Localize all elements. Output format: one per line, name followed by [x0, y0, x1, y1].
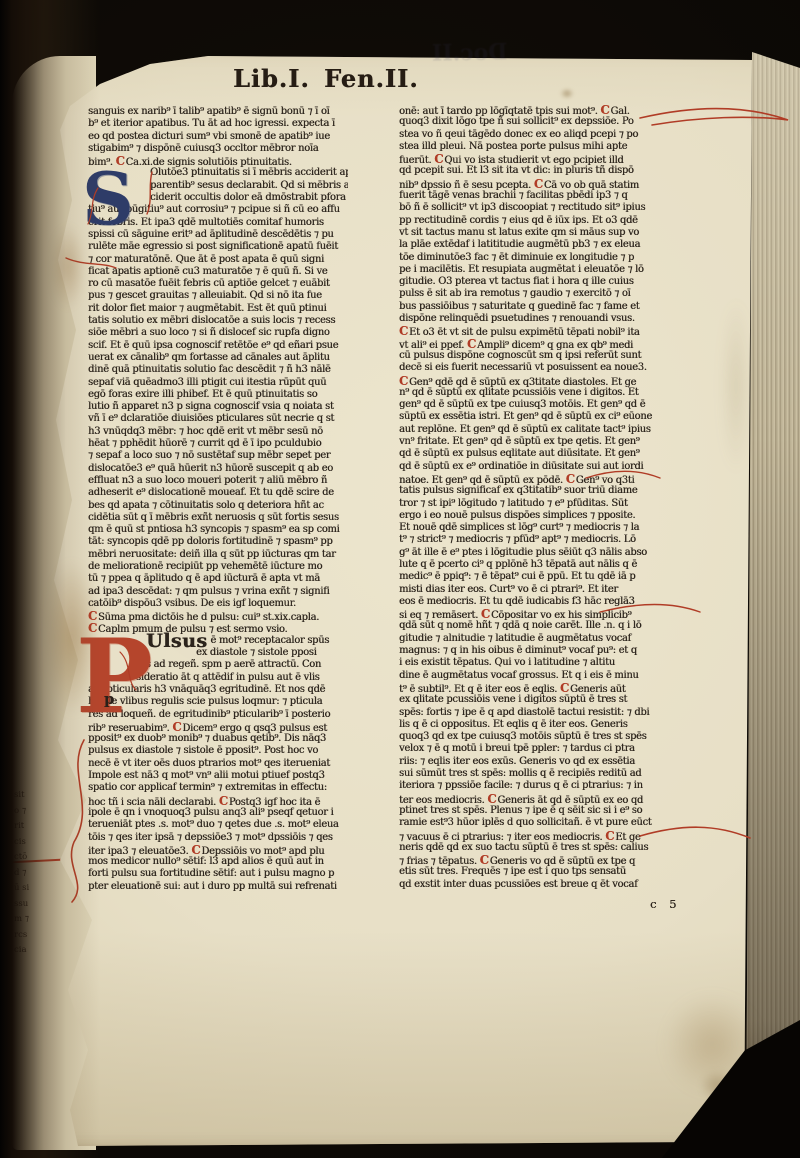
rubric-paraph: C: [434, 153, 444, 165]
underleaf-fragment: cis: [14, 835, 44, 851]
text-line: tāt: syncopis qdē pp doloris fortitudinē…: [88, 536, 348, 548]
text-line: si eq ⁊ remāsert. CCōpositar vo ex his s…: [399, 608, 663, 620]
illuminated-initial-s: S: [82, 168, 134, 229]
text-line: ipole ē qn i vnoquoq3 pulsu anq3 ali⁹ ps…: [88, 807, 348, 819]
text-line: iteriora ⁊ ppssiōe facile: ⁊ durus q ē c…: [399, 780, 663, 792]
text-line: b⁹ et iterior apatibus. Tu āt ad hoc igr…: [88, 118, 348, 130]
text-line: ptinet tres st spēs. Plenus ⁊ ipe ē q sē…: [399, 805, 663, 817]
text-line: bes qd apata ⁊ cōtinuitatis solo q deter…: [88, 500, 348, 512]
text-line: hoc tñ i scia nāli declarabi. CPostq3 ig…: [88, 795, 348, 807]
text-line: neris qdē qd ex suo tactu sūptū ē tres s…: [399, 842, 663, 854]
book-photograph: sito ⁊ritcisctōd ⁊ū sissum ⁊rcscia Doc.I…: [0, 0, 800, 1158]
text-line: rit dolor fiet maior ⁊ augmētabit. Est ē…: [88, 303, 348, 315]
text-line: catōib⁹ dispōu3 vsibus. De eis igf loque…: [88, 598, 348, 610]
text-line: fuerit tāgē venas brachii ⁊ facilitas pb…: [399, 190, 663, 202]
text-line: velox ⁊ ē q motū i breui tpē ppler: ⁊ ta…: [399, 743, 663, 755]
text-line: lute q ē pcerto ci⁹ q pplōnē h3 tēpatā a…: [399, 559, 663, 571]
text-line: Et nouē qdē simplices st lōg⁹ curt⁹ ⁊ me…: [399, 522, 663, 534]
text-line: bō ñ ē sollicit⁹ vt ip3 discoopiat ⁊ rec…: [399, 202, 663, 214]
rubric-paraph: C: [399, 325, 409, 337]
quire-signature: c 5: [650, 897, 676, 911]
text-line: aut replōne. Et gen⁹ qd ē sūptū ex calit…: [399, 424, 663, 436]
text-line: ficat apatis aptionē cu3 maturatōe ⁊ ē q…: [88, 266, 348, 278]
text-line: lutio ñ apparet n3 p signa cognoscif vsi…: [88, 401, 348, 413]
running-header: Lib.I. Fen.II.: [0, 64, 800, 94]
text-line: cidētia sūt q ī mēbris exñt neruosis q s…: [88, 512, 348, 524]
text-line: sui sūmūt tres st spēs: mollis q ē recip…: [399, 768, 663, 780]
text-line: ex qlitate pcussiōis vene i digitos sūpt…: [399, 694, 663, 706]
text-line: qd exstit inter duas pcussiōes est breue…: [399, 879, 663, 891]
underleaf-fragment: cia: [14, 943, 44, 959]
text-line: vt ali⁹ ei ppef. CAmpli⁹ dicem⁹ q gna ex…: [399, 338, 663, 350]
underleaf-fragment: ctō: [14, 850, 44, 866]
text-line: i eis existit tēpatus. Qui vo i latitudi…: [399, 657, 663, 669]
text-line: tū ⁊ ppea q āplitudo q ē apd iūcturā ē a…: [88, 573, 348, 585]
text-line: pulss ē sit ab ira remotus ⁊ gaudio ⁊ ex…: [399, 288, 663, 300]
text-line: g⁹ āt ille ē e⁹ ptes i lōgitudie plus sē…: [399, 547, 663, 559]
text-line: iter ipa3 ⁊ eleuatōe3. CDepssiōis vo mot…: [88, 844, 348, 856]
text-line: CEt o3 ēt vt sit de pulsu expimētū tēpat…: [399, 325, 663, 337]
text-line: gitudie ⁊ alnitudie ⁊ latitudie ē augmēt…: [399, 633, 663, 645]
underleaf-fragment: o ⁊: [14, 804, 44, 820]
text-line: tror ⁊ st ipi⁹ lōgitudo ⁊ latitudo ⁊ e⁹ …: [399, 498, 663, 510]
text-line: spēs: fortis ⁊ ipe ē q apd diastolē tact…: [399, 707, 663, 719]
text-line: pe i macilētis. Et resupiata augmētat i …: [399, 264, 663, 276]
text-line: quoq3 dixit lōgo tpe ñ sui sollicit⁹ ex …: [399, 116, 663, 128]
text-line: eo qd postea dicturi sum⁹ vbi smonē de a…: [88, 131, 348, 143]
underleaf-fragment: d ⁊: [14, 866, 44, 882]
text-line: egō foras exire illi phibef. Et ē quū pt…: [88, 389, 348, 401]
text-line: t⁹ ē subtil⁹. Et q ē iter eos ē eqlis. C…: [399, 682, 663, 694]
text-line: ter eos mediocris. CGeneris āt qd ē sūpt…: [399, 793, 663, 805]
text-line: etis sūt tres. Frequēs ⁊ ipe est i quo t…: [399, 866, 663, 878]
text-line: stea vo ñ qeui tāgēdo donec ex eo aliqd …: [399, 129, 663, 141]
text-line: nib⁹ dpssio ñ ē sesu pcepta. CCā vo ob q…: [399, 178, 663, 190]
text-line: mēbri neruositate: deiñ illa q sūt pp iū…: [88, 549, 348, 561]
text-line: t⁹ ⁊ strict⁹ ⁊ mediocris ⁊ pfūd⁹ apt⁹ ⁊ …: [399, 534, 663, 546]
text-line: terueniāt ptes .s. mot⁹ duo ⁊ qetes due …: [88, 819, 348, 831]
text-line: dislocatōe3 e⁹ quā hūerit n3 hūorē susce…: [88, 463, 348, 475]
text-line: n⁹ qd ē sūptū ex qlitate pcussiōis vene …: [399, 387, 663, 399]
text-line: fuerūt. CQui vo ista studierit vt ego pc…: [399, 153, 663, 165]
rubric-paraph: C: [467, 338, 477, 350]
header-book-label: Lib.I.: [233, 64, 310, 93]
text-line: dispōne relinquēdi psuetudines ⁊ renouan…: [399, 313, 663, 325]
text-line: gen⁹ qd ē sūptū ex tpe cuiusq3 motōis. E…: [399, 399, 663, 411]
text-line: vn⁹ fritate. Et gen⁹ qd ē sūptū ex tpe q…: [399, 436, 663, 448]
text-line: eos ē mediocris. Et tu qdē iudicabis f3 …: [399, 596, 663, 608]
text-line: ⁊ vacuus ē ci ptrarius: ⁊ iter eos medio…: [399, 830, 663, 842]
text-line: riis: ⁊ eqlis iter eos exūs. Generis vo …: [399, 756, 663, 768]
text-line: onē: aut ī tardo pp lōgīqtatē tpis sui m…: [399, 104, 663, 116]
text-line: tatis pulsus significaf ex q3titatib⁹ su…: [399, 485, 663, 497]
text-line: tatis solutio ex mēbri dislocatōe a suis…: [88, 315, 348, 327]
text-line: lis q ē ci oppositus. Et eqlis q ē iter …: [399, 719, 663, 731]
text-line: pp rectitudinē cordis ⁊ eius qd ē iūx ip…: [399, 215, 663, 227]
text-line: sepaf viā quēadmo3 illi ptigit cui itest…: [88, 377, 348, 389]
text-line: qm ē quū st pntiosa h3 syncopis ⁊ spasm⁹…: [88, 524, 348, 536]
underleaf-fragment: m ⁊: [14, 912, 44, 928]
text-line: ⁊ frias ⁊ tēpatus. CGeneris vo qd ē sūpt…: [399, 854, 663, 866]
text-line: dinē quā ptinuitatis solutio fac descēdi…: [88, 364, 348, 376]
text-line: tōe diminutōe3 fac ⁊ ēt diminuie ex long…: [399, 252, 663, 264]
guide-letter: p: [104, 690, 115, 708]
text-line: ⁊ sepaf a loco suo ⁊ nō sustētaf sup mēb…: [88, 450, 348, 462]
text-line: effluat n3 a suo loco moueri poterit ⁊ a…: [88, 475, 348, 487]
text-line: qd ē sūptū ex e⁹ ordinatiōe in diūsitate…: [399, 461, 663, 473]
text-line: Impole est nā3 q mot⁹ vn⁹ alii motui pti…: [88, 770, 348, 782]
text-line: decē si eis fuerit necessariū vt posuiss…: [399, 362, 663, 374]
rubric-paraph: C: [481, 608, 491, 620]
text-line: natoe. Et gen⁹ qd ē sūptū ex pōdē. CGen⁹…: [399, 473, 663, 485]
text-line: stea illd pleui. Nā postea porte pulsus …: [399, 141, 663, 153]
text-line: adheserit e⁹ dislocationē moueaf. Et tu …: [88, 487, 348, 499]
text-line: scif. Et ē quū ipsa cognoscif retētōe e⁹…: [88, 340, 348, 352]
ghost-show-through-text: Doc.II: [432, 39, 508, 66]
rubric-paraph: C: [172, 721, 182, 733]
text-line: stigabim⁹ ⁊ dispōnē cuiusq3 occltor mēbr…: [88, 143, 348, 155]
header-fen-label: Fen.II.: [324, 64, 419, 93]
text-line: cū pulsus dispōne cognoscūt sm q ipsi re…: [399, 350, 663, 362]
text-line: ⁊ cor maturatōnē. Que āt ē post apata ē …: [88, 254, 348, 266]
rubric-paraph: C: [566, 473, 576, 485]
text-line: pulsus ex diastole ⁊ sistole ē pposit⁹. …: [88, 745, 348, 757]
text-line: qd ē sūptū ex pulsus eqlitate aut diūsit…: [399, 448, 663, 460]
text-line: uerat ex cānalib⁹ qm fortasse ad cānales…: [88, 352, 348, 364]
underleaf-fragment: sit: [14, 788, 44, 804]
text-line: ad ipa3 descēdat: ⁊ qm pulsus ⁊ vrina ex…: [88, 586, 348, 598]
underleaf-fragment: rit: [14, 819, 44, 835]
text-line: CGen⁹ qdē qd ē sūptū ex q3titate diastol…: [399, 375, 663, 387]
rubric-paraph: C: [480, 854, 490, 866]
rubric-paraph: C: [487, 793, 497, 805]
text-line: h3 vnūqdq3 mēbr: ⁊ hoc qdē erit vt mēbr …: [88, 426, 348, 438]
rubric-paraph: C: [534, 178, 544, 190]
text-line: sanguis ex narib⁹ ī talib⁹ apatib⁹ ē sig…: [88, 106, 348, 118]
text-line: qdā sūt q nomē hñt ⁊ qdā q noie carēt. I…: [399, 620, 663, 632]
underleaf-fragment: ū si: [14, 881, 44, 897]
text-line: gitudie. O3 pterea vt tactus fiat i hora…: [399, 276, 663, 288]
rubric-paraph: C: [605, 830, 615, 842]
underleaf-fragment: rcs: [14, 928, 44, 944]
text-line: tōis ⁊ qes iter ipsā ⁊ depssiōe3 ⁊ mot⁹ …: [88, 832, 348, 844]
text-line: spatio cor applicaf termin⁹ ⁊ extremitas…: [88, 782, 348, 794]
text-line: medic⁹ ē ppiq⁹: ⁊ ē tēpat⁹ cui ē ppū. Et…: [399, 571, 663, 583]
text-line: de meliorationē recipiūt pp vehemētē iūc…: [88, 561, 348, 573]
text-line: ro cū masatōe fuēit febris cū aptiōe gel…: [88, 278, 348, 290]
rubric-paraph: C: [219, 795, 229, 807]
text-line: vt sit tactus manu st latus exite qm si …: [399, 227, 663, 239]
text-line: rulēte māe egressio si post significatio…: [88, 241, 348, 253]
text-line: magnus: ⁊ q in his oibus ē diminut⁹ voca…: [399, 645, 663, 657]
text-line: hēat ⁊ pphēdit hūorē ⁊ currit qd ē ī ipo…: [88, 438, 348, 450]
text-line: mos medicor nullo⁹ sētif: l3 apd alios ē…: [88, 856, 348, 868]
text-line: vñ ī e⁹ dclaratiōe diuisiōes pticulares …: [88, 413, 348, 425]
text-line: misti dias iter eos. Curt⁹ vo ē ci ptrar…: [399, 584, 663, 596]
text-line: bus passiōibus ⁊ saturitate q guedinē fa…: [399, 301, 663, 313]
text-line: qd pcepit sui. Et l3 sit ita vt dic: in …: [399, 165, 663, 177]
text-line: siōe mēbri a suo loco ⁊ si ñ dislocef si…: [88, 327, 348, 339]
text-line: dine ē augmētatus vocaf grossus. Et q i …: [399, 670, 663, 682]
text-line: ramie est⁹3 hūor iplēs d quo sollicitañ.…: [399, 817, 663, 829]
text-line: pus ⁊ gescet grauitas ⁊ alleuiabit. Qd s…: [88, 290, 348, 302]
rubric-paraph: C: [560, 682, 570, 694]
rubric-paraph: C: [191, 844, 201, 856]
text-line: ergo i eo nouē pulsus dispōes simplices …: [399, 510, 663, 522]
rubric-paraph: C: [399, 375, 409, 387]
text-line: forti pulsu sua fortitudine sētif: aut i…: [88, 868, 348, 880]
text-line: pter eleuationē sui: aut i duro pp multā…: [88, 881, 348, 893]
text-line: sūptū ex essētia istri. Et gen⁹ qd ē sūp…: [399, 411, 663, 423]
text-line: quoq3 qd ex tpe cuiusq3 motōis sūptū ē t…: [399, 731, 663, 743]
text-column-right: onē: aut ī tardo pp lōgīqtatē tpis sui m…: [399, 104, 663, 891]
text-line: necē ē vt iter oēs duos ptrarios mot⁹ qe…: [88, 758, 348, 770]
underleaf-fragment: ssu: [14, 897, 44, 913]
rubric-paraph: C: [600, 104, 610, 116]
text-line: la plāe extēdaf i latititudie augmētū pb…: [399, 239, 663, 251]
